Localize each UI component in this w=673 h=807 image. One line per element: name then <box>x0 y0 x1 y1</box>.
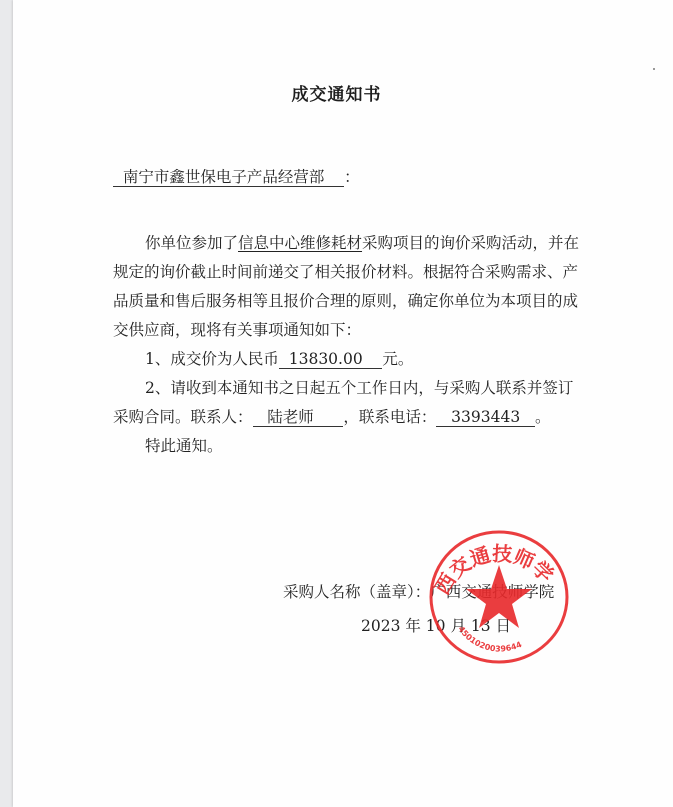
phone-field: 3393443 <box>436 409 535 427</box>
item-2-line-1: 2、请收到本通知书之日起五个工作日内，与采购人联系并签订 <box>113 374 603 403</box>
signature-line: 采购人名称（盖章）：广西交通技师学院 <box>283 580 554 602</box>
signature-label: 采购人名称（盖章）： <box>283 583 430 601</box>
phone-number: 3393443 <box>451 408 520 426</box>
purchaser-name: 广西交通技师学院 <box>430 583 554 601</box>
price-amount: 13830.00 <box>289 350 363 368</box>
body-line-4: 交供应商，现将有关事项通知如下： <box>113 316 603 345</box>
scan-speck <box>653 68 655 70</box>
body-line-3: 品质量和售后服务相等且报价合理的原则，确定你单位为本项目的成 <box>113 287 603 316</box>
closing-line: 特此通知。 <box>113 432 603 461</box>
recipient-line: 南宁市鑫世保电子产品经营部 ： <box>113 165 360 187</box>
body-line-1: 你单位参加了信息中心维修耗材采购项目的询价采购活动，并在 <box>113 229 603 258</box>
document-title: 成交通知书 <box>0 80 673 105</box>
recipient-suffix: ： <box>344 168 360 186</box>
contact-field: 陆老师 <box>253 409 344 427</box>
contact-name: 陆老师 <box>267 408 314 426</box>
project-name: 信息中心维修耗材 <box>238 234 362 252</box>
item-2-line-2: 采购合同。联系人： 陆老师 ，联系电话： 3393443 。 <box>113 403 603 432</box>
body-line-2: 规定的询价截止时间前递交了相关报价材料。根据符合采购需求、产 <box>113 258 603 287</box>
recipient-name-field: 南宁市鑫世保电子产品经营部 <box>113 169 344 187</box>
body-paragraph: 你单位参加了信息中心维修耗材采购项目的询价采购活动，并在 规定的询价截止时间前递… <box>113 229 603 461</box>
signature-date: 2023 年 10 月 13 日 <box>361 614 511 636</box>
recipient-name: 南宁市鑫世保电子产品经营部 <box>123 168 325 186</box>
price-field: 13830.00 <box>279 351 383 369</box>
item-1-price: 1、成交价为人民币 13830.00 元。 <box>113 345 603 374</box>
